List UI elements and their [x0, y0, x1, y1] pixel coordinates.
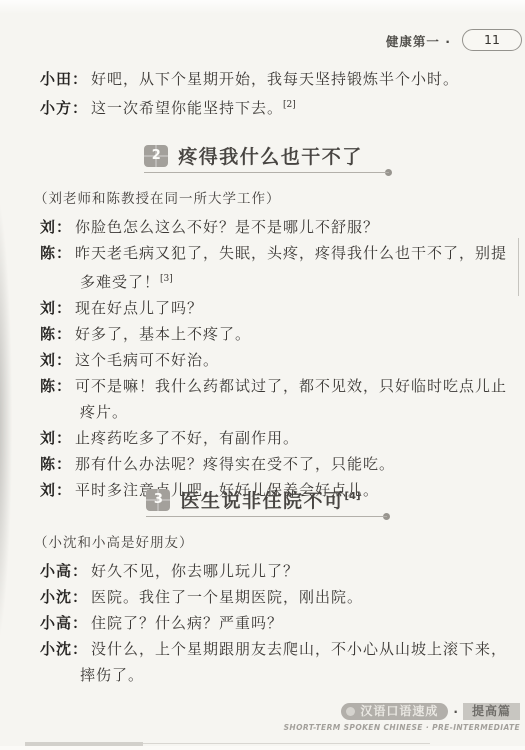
page-header: 健康第一 · 11	[0, 28, 525, 52]
section-2-dialogue: 刘：你脸色怎么这么不好？是不是哪儿不舒服？ 陈：昨天老毛病又犯了，失眠，头疼，疼…	[20, 214, 513, 503]
dialogue-line: 小高：住院了？什么病？严重吗？	[20, 610, 513, 636]
speaker-label: 陈：	[40, 244, 72, 262]
section-2-title: 疼得我什么也干不了	[178, 148, 363, 167]
section-3-header-wrap: 3 医生说非住院不可[4]	[20, 488, 513, 520]
dialogue-line: 陈：昨天老毛病又犯了，失眠，头疼，疼得我什么也干不了，别提多难受了！[3]	[20, 240, 513, 295]
speaker-label: 刘：	[40, 351, 72, 369]
dialogue-line: 陈：可不是嘛！我什么药都试过了，都不见效，只好临时吃点儿止疼片。	[20, 373, 513, 425]
dialogue-line: 陈：那有什么办法呢？疼得实在受不了，只能吃。	[20, 451, 513, 477]
series-name-cn: 汉语口语速成	[360, 703, 438, 720]
footer-brand-row: 汉语口语速成 · 提高篇	[284, 703, 520, 720]
dialogue-line: 小沈：没什么，上个星期跟朋友去爬山，不小心从山坡上滚下来，摔伤了。	[20, 636, 513, 688]
speaker-label: 小沈：	[40, 640, 88, 658]
section-2-header-wrap: 2 疼得我什么也干不了	[20, 144, 513, 176]
dialogue-line: 陈：好多了，基本上不疼了。	[20, 321, 513, 347]
book-footer: 汉语口语速成 · 提高篇 SHORT-TERM SPOKEN CHINESE ·…	[284, 703, 520, 732]
dialogue-text: 好久不见，你去哪儿玩儿了？	[91, 562, 299, 580]
speaker-label: 小高：	[40, 614, 88, 632]
section-3-end-dot-icon	[383, 513, 390, 520]
dialogue-line: 刘：你脸色怎么这么不好？是不是哪儿不舒服？	[20, 214, 513, 240]
dialogue-text: 住院了？什么病？严重吗？	[91, 614, 283, 632]
section-3-header: 3 医生说非住院不可[4]	[146, 489, 386, 517]
dialogue-line: 刘：这个毛病可不好治。	[20, 347, 513, 373]
dialogue-text: 医院。我住了一个星期医院，刚出院。	[91, 588, 363, 606]
dialogue-text: 这个毛病可不好治。	[75, 351, 219, 369]
section-2-stage-note: （刘老师和陈教授在同一所大学工作）	[34, 189, 513, 209]
section-2-number-badge: 2	[144, 145, 168, 167]
dialogue-text: 现在好点儿了吗？	[75, 299, 203, 317]
dialogue-text: 昨天老毛病又犯了，失眠，头疼，疼得我什么也干不了，别提多难受了！	[75, 244, 507, 291]
speaker-label: 小高：	[40, 562, 88, 580]
intro-dialogue: 小田：好吧，从下个星期开始，我每天坚持锻炼半个小时。 小方：这一次希望你能坚持下…	[20, 66, 513, 121]
dialogue-text: 那有什么办法呢？疼得实在受不了，只能吃。	[75, 455, 395, 473]
footnote-marker: [3]	[160, 274, 173, 284]
dialogue-line: 刘：止疼药吃多了不好，有副作用。	[20, 425, 513, 451]
section-2: 2 疼得我什么也干不了 （刘老师和陈教授在同一所大学工作） 刘：你脸色怎么这么不…	[20, 144, 513, 503]
dialogue-text: 可不是嘛！我什么药都试过了，都不见效，只好临时吃点儿止疼片。	[75, 377, 507, 421]
section-3-number-badge: 3	[146, 489, 170, 511]
section-3-dialogue: 小高：好久不见，你去哪儿玩儿了？ 小沈：医院。我住了一个星期医院，刚出院。 小高…	[20, 558, 513, 688]
scan-bottom-line	[143, 743, 430, 744]
bullet-circle-icon	[346, 707, 355, 716]
speaker-label: 刘：	[40, 429, 72, 447]
footnote-marker: [2]	[283, 100, 296, 110]
dialogue-text: 止疼药吃多了不好，有副作用。	[75, 429, 299, 447]
speaker-label: 陈：	[40, 455, 72, 473]
volume-name-cn: 提高篇	[463, 703, 520, 720]
section-2-header: 2 疼得我什么也干不了	[144, 145, 389, 173]
series-name-pill: 汉语口语速成	[341, 703, 448, 720]
section-3-title: 医生说非住院不可[4]	[180, 492, 360, 511]
dialogue-text: 这一次希望你能坚持下去。	[91, 99, 283, 117]
scan-left-shadow	[0, 0, 18, 750]
page-number-badge: 11	[462, 29, 522, 51]
dialogue-line: 小高：好久不见，你去哪儿玩儿了？	[20, 558, 513, 584]
speaker-label: 小方：	[40, 99, 88, 117]
speaker-label: 刘：	[40, 299, 72, 317]
section-2-end-dot-icon	[385, 169, 392, 176]
dialogue-line: 小方：这一次希望你能坚持下去。[2]	[20, 92, 513, 121]
speaker-label: 刘：	[40, 218, 72, 236]
speaker-label: 小田：	[40, 70, 88, 88]
section-3-title-footnote: [4]	[344, 491, 360, 502]
dialogue-line: 刘：现在好点儿了吗？	[20, 295, 513, 321]
series-name-en: SHORT-TERM SPOKEN CHINESE · PRE-INTERMED…	[284, 723, 520, 732]
chapter-title: 健康第一 ·	[386, 32, 451, 50]
dialogue-text: 好多了，基本上不疼了。	[75, 325, 251, 343]
section-3-stage-note: （小沈和小高是好朋友）	[34, 533, 513, 553]
speaker-label: 小沈：	[40, 588, 88, 606]
scan-page-edge-line	[518, 238, 519, 296]
dialogue-text: 你脸色怎么这么不好？是不是哪儿不舒服？	[75, 218, 379, 236]
dialogue-text: 好吧，从下个星期开始，我每天坚持锻炼半个小时。	[91, 70, 459, 88]
speaker-label: 陈：	[40, 377, 72, 395]
footer-separator: ·	[453, 705, 458, 719]
scan-bottom-strip	[0, 746, 525, 750]
section-3: 3 医生说非住院不可[4] （小沈和小高是好朋友） 小高：好久不见，你去哪儿玩儿…	[20, 488, 513, 688]
dialogue-text: 没什么，上个星期跟朋友去爬山，不小心从山坡上滚下来，摔伤了。	[80, 640, 507, 684]
scan-top-highlight	[0, 0, 525, 14]
section-3-title-text: 医生说非住院不可	[180, 490, 344, 512]
section-2-title-text: 疼得我什么也干不了	[178, 146, 363, 168]
speaker-label: 陈：	[40, 325, 72, 343]
dialogue-line: 小田：好吧，从下个星期开始，我每天坚持锻炼半个小时。	[20, 66, 513, 92]
dialogue-line: 小沈：医院。我住了一个星期医院，刚出院。	[20, 584, 513, 610]
